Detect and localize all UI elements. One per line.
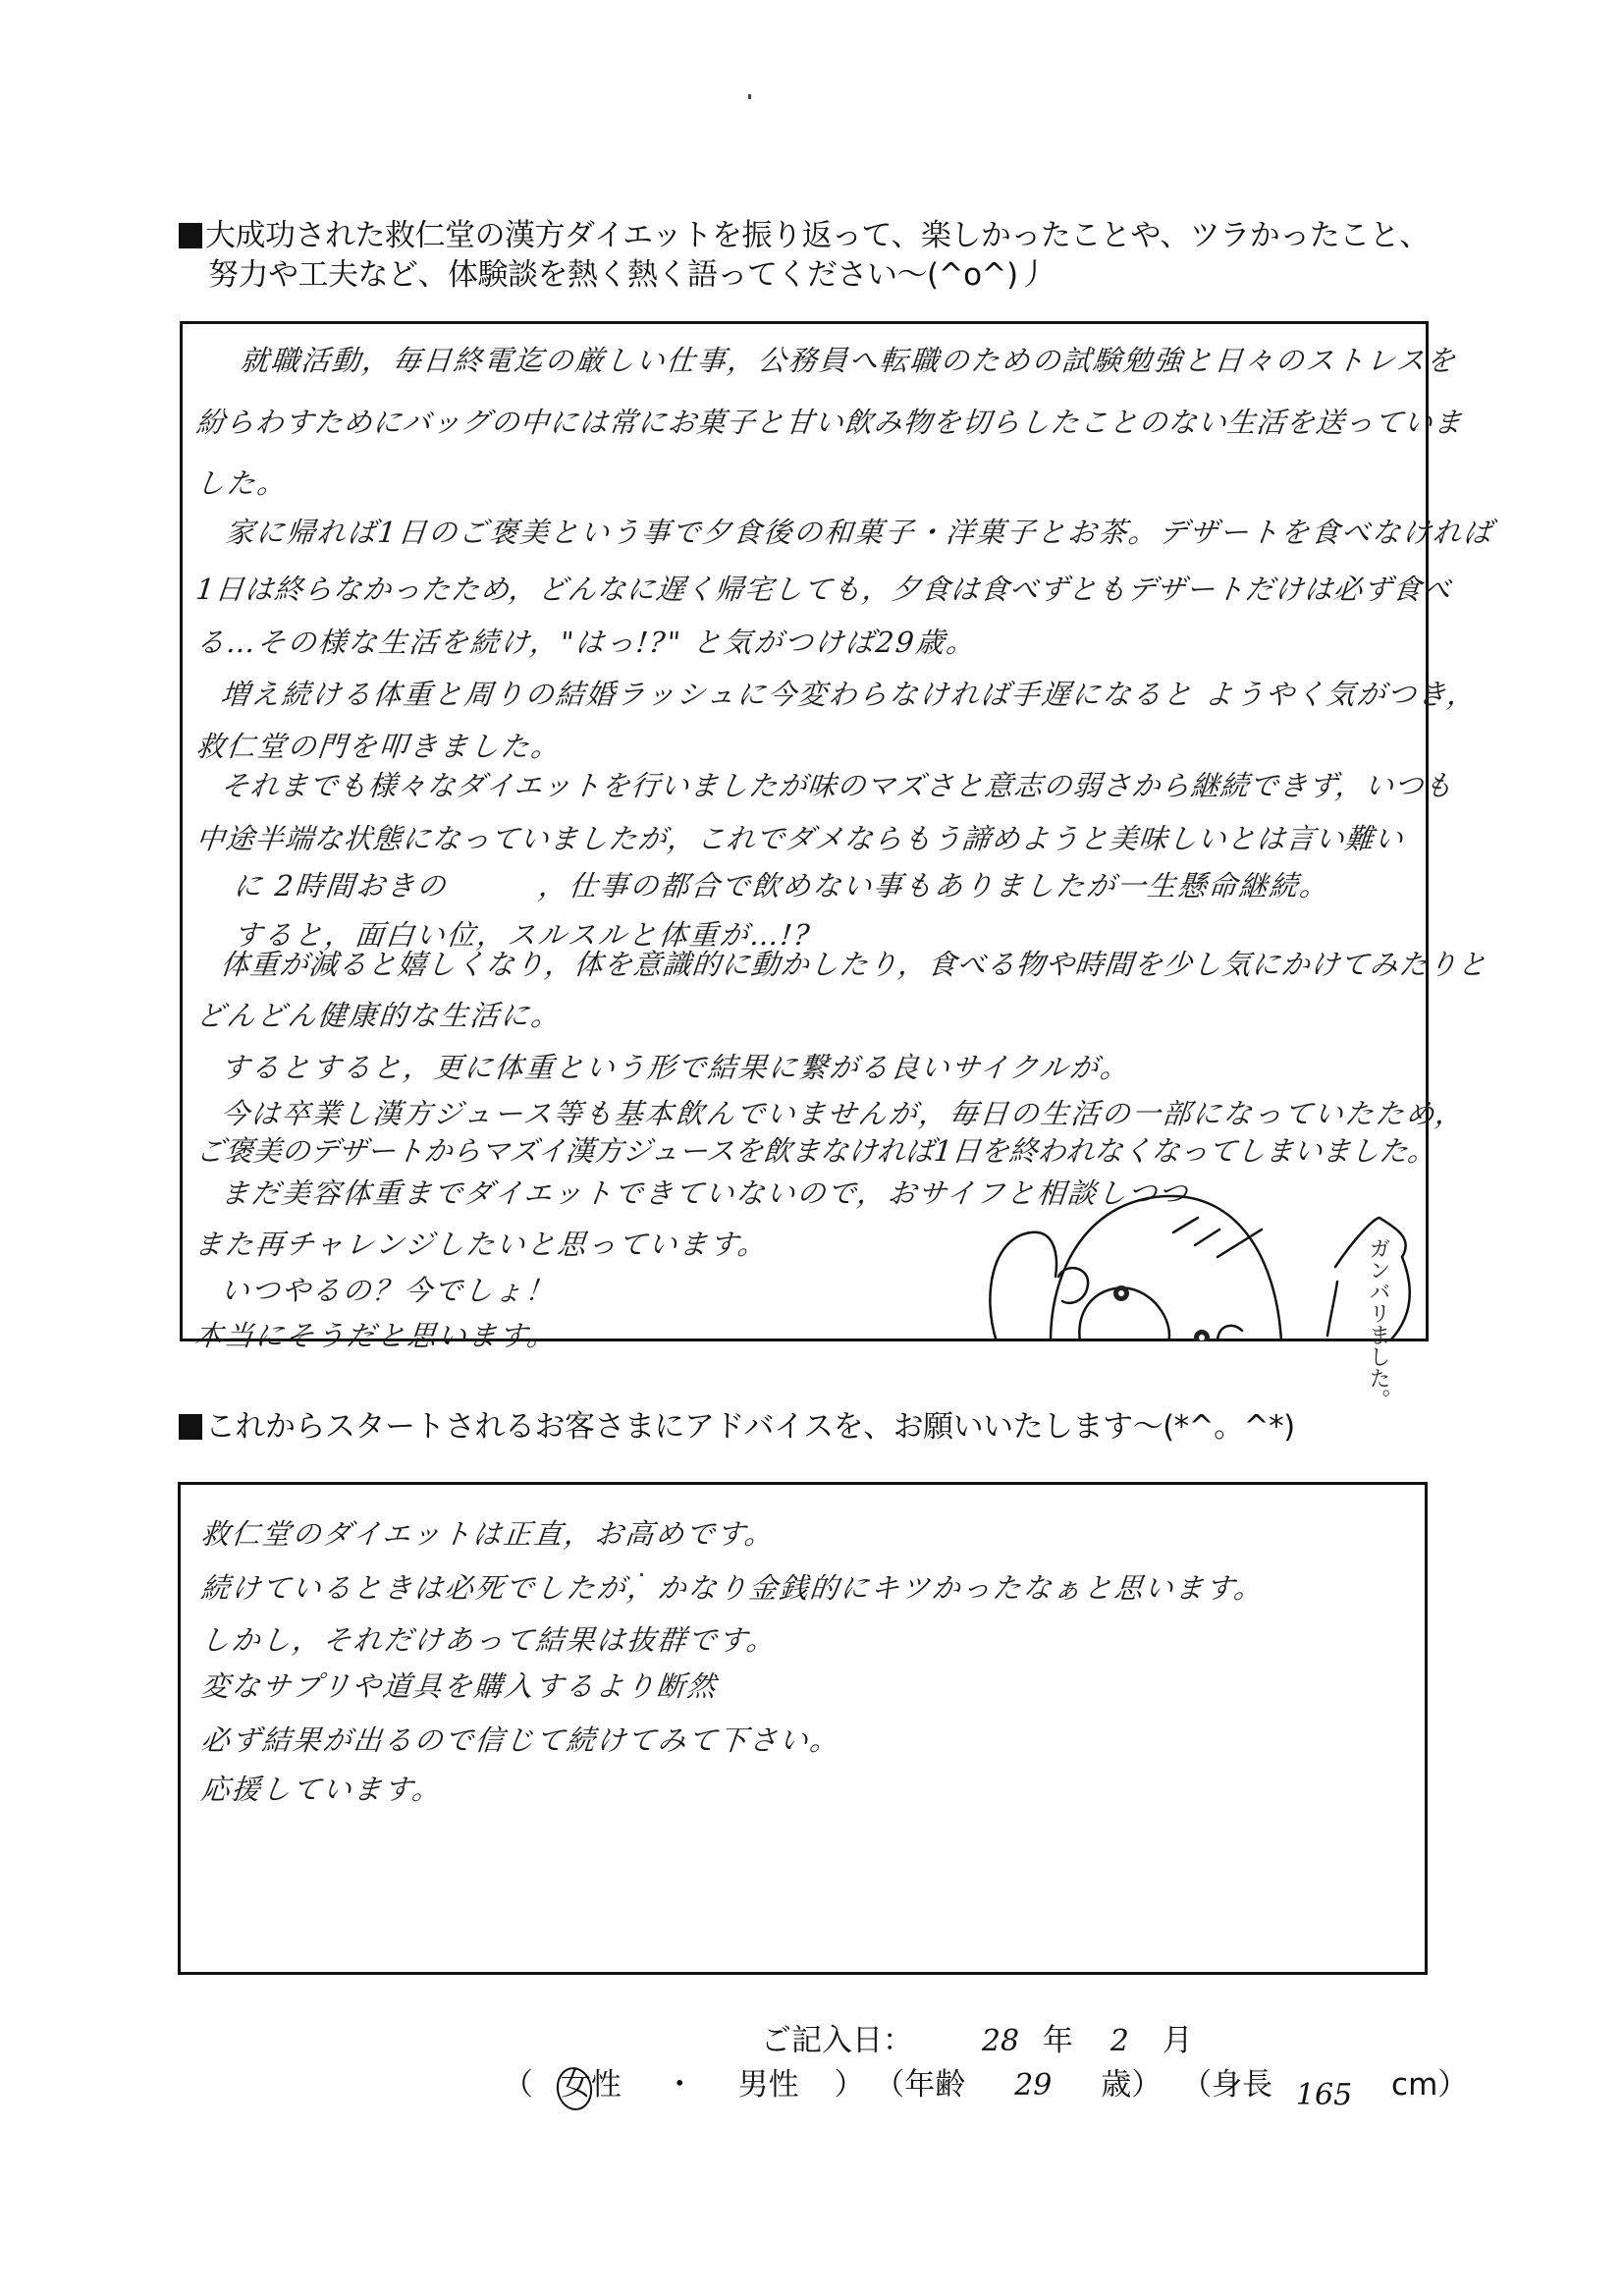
answer-line: 1日は終らなかったため，どんなに遅く帰宅しても，夕食は食べずともデザートだけは必… [194,568,1454,608]
entry-date-label: ご記入日： [761,2023,913,2058]
advice-line: しかし，それだけあって結果は抜群です。 [199,1618,780,1659]
gender-male-option[interactable]: 男性 [738,2067,799,2103]
section2-heading: これからスタートされるお客さまにアドバイスを、お願いいたします～(*^。^*) [179,1407,1295,1447]
height-value: 165 [1296,2078,1352,2112]
answer-line: る…その様な生活を続け，"はっ!?" と気がつけば29歳。 [194,621,979,661]
gender-female-option[interactable]: 女性 [561,2067,631,2103]
section2-heading-text: これからスタートされるお客さまにアドバイスを、お願いいたします～(*^。^*) [205,1409,1295,1445]
answer-line: に 2時間おきの ，仕事の都合で飲めない事もありましたが一生懸命継続。 [232,864,1332,904]
scan-speck [748,94,751,99]
answer-line: 体重が減ると嬉しくなり，体を意識的に動かしたり，食べる物や時間を少し気にかけてみ… [219,943,1489,983]
advice-line: 変なサプリや道具を購入するより断然 [199,1665,720,1705]
gender-open-paren: （ [503,2067,533,2103]
entry-date: ご記入日： 28 年 2 月 [761,2015,1193,2059]
answer-line: 救仁堂の門を叩きました。 [194,725,564,765]
advice-line: 続けているときは必死でしたが，かなり金銭的にキツかったなぁと思います。 [199,1566,1267,1607]
answer-line: 本当にそうだと思います。 [192,1314,560,1354]
section1-heading-line1: 大成功された救仁堂の漢方ダイエットを振り返って、楽しかったことや、ツラかったこと… [205,218,1430,253]
entry-year-value: 28 [982,2024,1019,2058]
gender-close-paren: ） [834,2067,864,2103]
height-label: （身長 [1181,2067,1272,2103]
advice-line: 必ず結果が出るので信じて続けてみて下さい。 [199,1719,842,1759]
answer-line: ご褒美のデザートからマズイ漢方ジュースを飲まなければ1日を終われなくなってしまい… [194,1129,1438,1170]
bullet-square-icon [179,223,202,248]
age-value: 29 [1014,2068,1052,2103]
answer-line: 増え続ける体重と周りの結婚ラッシュに今変わらなければ手遅になると ようやく気がつ… [219,673,1480,713]
answer-line: 今は卒業し漢方ジュース等も基本飲んでいませんが，毎日の生活の一部になっていたため… [219,1092,1468,1132]
answer-line: 中途半端な状態になっていましたが，これでダメならもう諦めようと美味しいとは言い難… [194,817,1406,857]
answer-line: それまでも様々なダイエットを行いましたが味のマズさと意志の弱さから継続できず，い… [219,764,1456,804]
bullet-square-icon [179,1414,202,1440]
gender-separator: ・ [665,2067,695,2103]
answer-line: 紛らわすためにバッグの中には常にお菓子と甘い飲み物を切らしたことのない生活を送っ… [194,401,1465,441]
answer-line: いつやるの？今でしょ！ [219,1269,558,1309]
entry-year-unit: 年 [1043,2023,1073,2058]
entry-month-value: 2 [1110,2024,1129,2058]
profile-line: （ 女性 ・ 男性 ） （年齢 29 歳） （身長 165 cm） [503,2059,1468,2104]
advice-line: 応援しています。 [199,1768,445,1808]
height-unit: cm） [1391,2067,1468,2103]
answer-line: どんどん健康的な生活に。 [194,994,564,1034]
answer-line: 就職活動，毎日終電迄の厳しい仕事，公務員へ転職のための試験勉強と日々のストレスを [239,339,1459,379]
section1-heading-line2: 努力や工夫など、体験談を熱く熱く語ってください～(^o^)丿 [179,255,1430,295]
drawing-caption: ガンバリました。 [1350,1237,1389,1410]
section1-heading: 大成功された救仁堂の漢方ダイエットを振り返って、楽しかったことや、ツラかったこと… [179,216,1430,295]
entry-month-unit: 月 [1163,2023,1193,2058]
scan-speck [640,1573,643,1576]
age-unit: 歳） [1101,2067,1162,2103]
answer-line: また再チャレンジしたいと思っています。 [192,1223,771,1263]
answer-line: した。 [194,462,290,502]
answer-line: するとすると，更に体重という形で結果に繋がる良いサイクルが。 [219,1046,1133,1086]
age-label: （年齢 [874,2067,965,2103]
advice-line: 救仁堂のダイエットは正直，お高めです。 [199,1512,778,1553]
answer-line: 家に帰れば1日のご褒美という事で夕食後の和菓子・洋菓子とお茶。デザートを食べなけ… [224,511,1496,551]
